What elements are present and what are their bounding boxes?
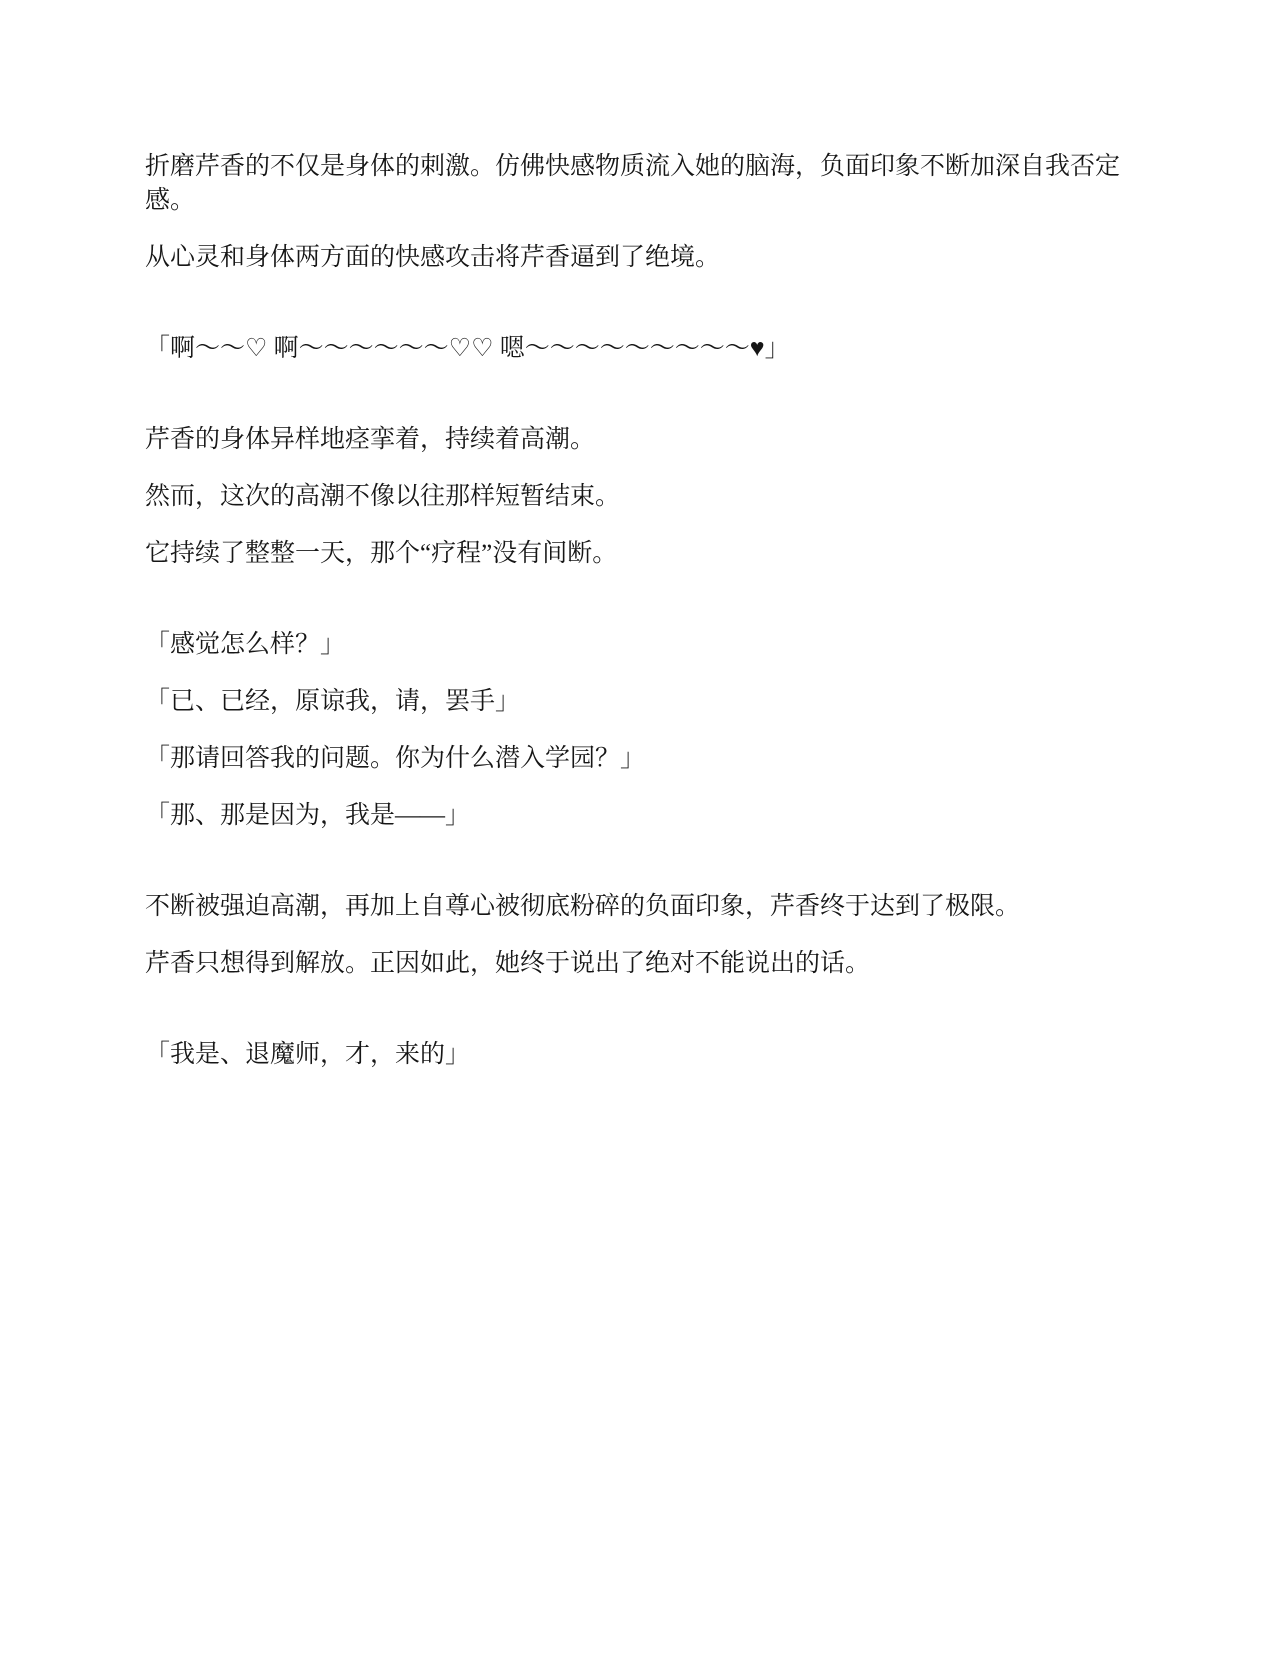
text-block: 「感觉怎么样？」「已、已经，原谅我，请，罢手」「那请回答我的问题。你为什么潜入学… (145, 628, 1135, 833)
dialogue-paragraph: 「啊～～♡ 啊～～～～～～♡♡ 嗯～～～～～～～～～♥」 (145, 332, 1135, 366)
narration-paragraph: 折磨芹香的不仅是身体的刺激。仿佛快感物质流入她的脑海，负面印象不断加深自我否定感… (145, 150, 1135, 218)
document-body: 折磨芹香的不仅是身体的刺激。仿佛快感物质流入她的脑海，负面印象不断加深自我否定感… (145, 150, 1135, 1072)
narration-paragraph: 芹香只想得到解放。正因如此，她终于说出了绝对不能说出的话。 (145, 947, 1135, 981)
dialogue-paragraph: 「感觉怎么样？」 (145, 628, 1135, 662)
document-page: 折磨芹香的不仅是身体的刺激。仿佛快感物质流入她的脑海，负面印象不断加深自我否定感… (0, 0, 1280, 1656)
dialogue-paragraph: 「那请回答我的问题。你为什么潜入学园？」 (145, 742, 1135, 776)
narration-paragraph: 不断被强迫高潮，再加上自尊心被彻底粉碎的负面印象，芹香终于达到了极限。 (145, 890, 1135, 924)
text-block: 不断被强迫高潮，再加上自尊心被彻底粉碎的负面印象，芹香终于达到了极限。芹香只想得… (145, 890, 1135, 981)
dialogue-paragraph: 「我是、退魔师，才，来的」 (145, 1038, 1135, 1072)
dialogue-paragraph: 「已、已经，原谅我，请，罢手」 (145, 685, 1135, 719)
narration-paragraph: 然而，这次的高潮不像以往那样短暂结束。 (145, 480, 1135, 514)
text-block: 折磨芹香的不仅是身体的刺激。仿佛快感物质流入她的脑海，负面印象不断加深自我否定感… (145, 150, 1135, 275)
text-block: 「啊～～♡ 啊～～～～～～♡♡ 嗯～～～～～～～～～♥」 (145, 332, 1135, 366)
narration-paragraph: 它持续了整整一天，那个“疗程”没有间断。 (145, 537, 1135, 571)
text-block: 芹香的身体异样地痉挛着，持续着高潮。然而，这次的高潮不像以往那样短暂结束。它持续… (145, 423, 1135, 571)
dialogue-paragraph: 「那、那是因为，我是——」 (145, 799, 1135, 833)
text-block: 「我是、退魔师，才，来的」 (145, 1038, 1135, 1072)
narration-paragraph: 从心灵和身体两方面的快感攻击将芹香逼到了绝境。 (145, 241, 1135, 275)
narration-paragraph: 芹香的身体异样地痉挛着，持续着高潮。 (145, 423, 1135, 457)
